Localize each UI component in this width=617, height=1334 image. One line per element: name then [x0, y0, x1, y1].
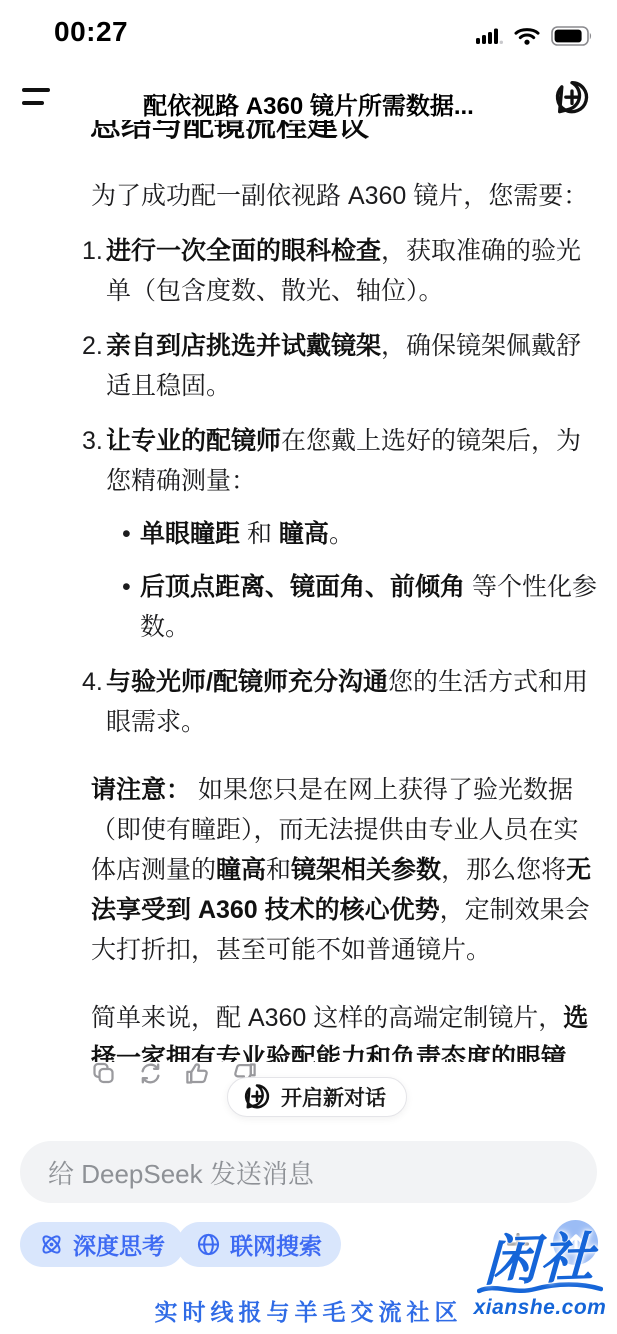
list-item: 1. 进行一次全面的眼科检查，获取准确的验光单（包含度数、散光、轴位）。 — [82, 231, 597, 311]
sub-bullet-list: • 单眼瞳距 和 瞳高。 • 后顶点距离、镜面角、前倾角 等个性化参数。 — [106, 514, 597, 647]
deepseek-chat-screen: 总结与配镜流程建议 为了成功配一副依视路 A360 镜片，您需要： 1. 进行一… — [0, 0, 617, 1334]
new-chat-icon[interactable] — [552, 78, 592, 118]
copy-icon[interactable] — [90, 1060, 117, 1087]
list-item-text: 与验光师/配镜师充分沟通您的生活方式和用眼需求。 — [106, 668, 588, 736]
status-time: 00:27 — [54, 16, 128, 48]
chat-plus-icon — [242, 1082, 272, 1112]
conversation-title: 配依视路 A360 镜片所需数据... — [70, 86, 547, 121]
list-item-text: 亲自到店挑选并试戴镜架，确保镜架佩戴舒适且稳固。 — [106, 332, 581, 400]
new-chat-button[interactable]: 开启新对话 — [227, 1077, 407, 1117]
globe-icon — [196, 1232, 221, 1257]
attach-plus-button[interactable] — [503, 1229, 533, 1259]
sub-list-item: • 单眼瞳距 和 瞳高。 — [122, 514, 597, 554]
message-input[interactable]: 给 DeepSeek 发送消息 — [20, 1141, 597, 1203]
deep-think-toggle[interactable]: 深度思考 — [20, 1222, 184, 1267]
list-item-text: 进行一次全面的眼科检查，获取准确的验光单（包含度数、散光、轴位）。 — [106, 237, 581, 305]
new-chat-label: 开启新对话 — [281, 1082, 386, 1112]
list-item: 3. 让专业的配镜师在您戴上选好的镜架后，为您精确测量： • 单眼瞳距 和 瞳高… — [82, 421, 597, 647]
bullet-marker: • — [122, 514, 131, 554]
thumbs-up-icon[interactable] — [184, 1060, 211, 1087]
steps-list: 1. 进行一次全面的眼科检查，获取准确的验光单（包含度数、散光、轴位）。 2. … — [0, 231, 617, 742]
assistant-message: 总结与配镜流程建议 为了成功配一副依视路 A360 镜片，您需要： 1. 进行一… — [0, 0, 617, 1062]
list-number: 1. — [82, 231, 103, 271]
list-item: 2. 亲自到店挑选并试戴镜架，确保镜架佩戴舒适且稳固。 — [82, 326, 597, 406]
send-button[interactable] — [553, 1220, 598, 1265]
sub-item-text: 后顶点距离、镜面角、前倾角 等个性化参数。 — [140, 573, 597, 641]
note-paragraph: 请注意： 如果您只是在网上获得了验光数据（即使有瞳距），而无法提供由专业人员在实… — [91, 770, 597, 970]
web-search-label: 联网搜索 — [230, 1228, 322, 1261]
header-bar: 00:27 — [0, 0, 617, 120]
regenerate-icon[interactable] — [137, 1060, 164, 1087]
list-item-text: 让专业的配镜师在您戴上选好的镜架后，为您精确测量： — [106, 427, 581, 495]
intro-paragraph: 为了成功配一副依视路 A360 镜片，您需要： — [91, 176, 597, 216]
community-footer-link[interactable]: 实时线报与羊毛交流社区 — [0, 1294, 617, 1327]
list-item: 4. 与验光师/配镜师充分沟通您的生活方式和用眼需求。 — [82, 662, 597, 742]
closing-paragraph: 简单来说，配 A360 这样的高端定制镜片，选择一家拥有专业验配能力和负责态度的… — [91, 998, 597, 1062]
list-number: 2. — [82, 326, 103, 366]
list-number: 4. — [82, 662, 103, 702]
status-icons — [476, 26, 593, 46]
bullet-marker: • — [122, 567, 131, 607]
arrow-up-icon — [563, 1230, 589, 1256]
deep-think-label: 深度思考 — [73, 1228, 165, 1261]
cellular-signal-icon — [476, 27, 503, 45]
sidebar-menu-button[interactable] — [22, 86, 52, 108]
atom-icon — [39, 1232, 64, 1257]
list-number: 3. — [82, 421, 103, 461]
sub-item-text: 单眼瞳距 和 瞳高。 — [140, 520, 354, 548]
wifi-icon — [514, 27, 540, 46]
web-search-toggle[interactable]: 联网搜索 — [177, 1222, 341, 1267]
battery-icon — [551, 26, 593, 46]
input-placeholder: 给 DeepSeek 发送消息 — [48, 1154, 314, 1191]
sub-list-item: • 后顶点距离、镜面角、前倾角 等个性化参数。 — [122, 567, 597, 647]
